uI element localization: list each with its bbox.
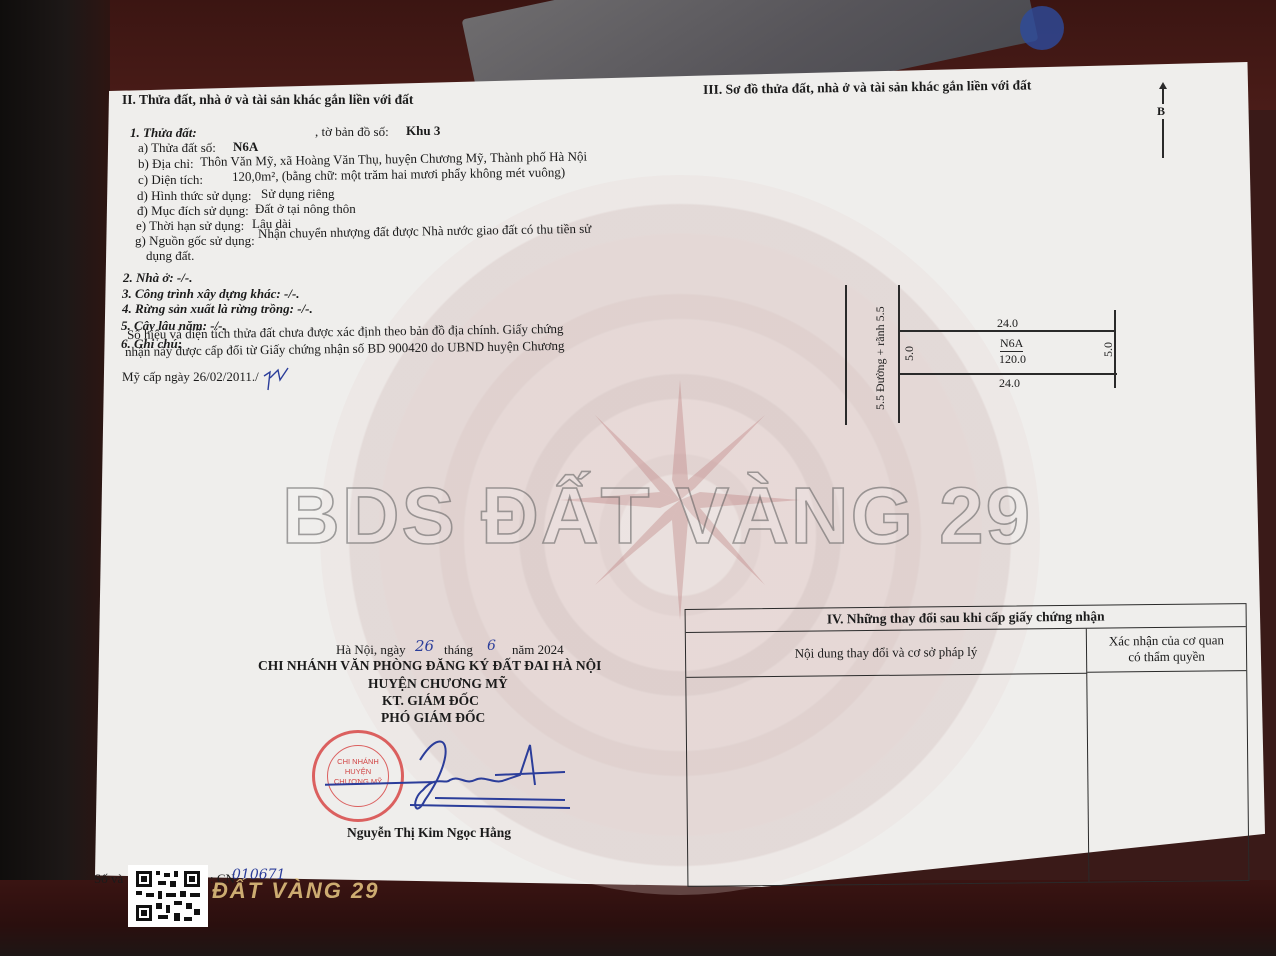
north-arrow-head-icon [1159, 82, 1167, 89]
office-line-1: CHI NHÁNH VĂN PHÒNG ĐĂNG KÝ ĐẤT ĐAI HÀ N… [258, 658, 601, 673]
house-item: 2. Nhà ở: -/-. [123, 270, 192, 285]
issue-day: 26 [415, 639, 434, 654]
usage-form-label: d) Hình thức sử dụng: [137, 188, 251, 203]
parcel-bottom-boundary [899, 373, 1117, 375]
road-edge-line [845, 285, 847, 425]
usage-purpose-label: đ) Mục đích sử dụng: [137, 203, 249, 218]
item1-label: 1. Thửa đất: [130, 125, 197, 140]
area-label: c) Diện tích: [138, 172, 203, 187]
year-label: năm 2024 [512, 642, 564, 657]
address-label: b) Địa chỉ: [138, 156, 194, 171]
left-width-label: 5.0 [902, 346, 917, 361]
watermark-text: BDS ĐẤT VÀNG 29 [282, 470, 1032, 562]
usage-form-value: Sử dụng riêng [261, 186, 335, 201]
parcel-id-label: N6A [1000, 336, 1023, 352]
office-line-2: HUYỆN CHƯƠNG MỸ [368, 676, 508, 691]
note-line-3: Mỹ cấp ngày 26/02/2011./ [122, 369, 259, 384]
issue-month: 6 [487, 639, 496, 654]
folder-seal-icon [1020, 6, 1064, 50]
changes-content-header: Nội dung thay đổi và cơ sở pháp lý [686, 629, 1087, 678]
parcel-area-label: 120.0 [999, 352, 1026, 367]
authority-confirmation-header: Xác nhận của cơ quan có thẩm quyền [1087, 627, 1246, 673]
north-arrow [1162, 84, 1164, 158]
other-construction-item: 3. Công trình xây dựng khác: -/-. [122, 286, 300, 301]
role-line-1: KT. GIÁM ĐỐC [382, 693, 479, 708]
month-label: tháng [444, 642, 473, 657]
date-prefix: Hà Nội, ngày [336, 642, 406, 657]
usage-origin-value-line2: dụng đất. [146, 248, 194, 263]
changes-content-cell [686, 674, 1089, 886]
corner-watermark: ĐẤT VÀNG 29 [212, 878, 379, 904]
qr-code-icon[interactable] [128, 865, 208, 927]
section-ii-title: II. Thửa đất, nhà ở và tài sản khác gắn … [122, 92, 413, 107]
changes-table: IV. Những thay đổi sau khi cấp giấy chứn… [685, 603, 1250, 887]
north-label: B [1157, 104, 1165, 119]
forest-item: 4. Rừng sản xuất là rừng trồng: -/-. [122, 301, 313, 316]
parcel-number-value: N6A [233, 139, 258, 154]
usage-origin-label: g) Nguồn gốc sử dụng: [135, 233, 255, 248]
role-line-2: PHÓ GIÁM ĐỐC [381, 710, 485, 725]
top-length-label: 24.0 [997, 316, 1018, 331]
bottom-length-label: 24.0 [999, 376, 1020, 391]
initials-mark-icon [262, 366, 302, 394]
desk-background-left [0, 0, 110, 956]
road-label: 5.5 Đường + rãnh 5.5 [873, 306, 888, 410]
entry-label: Số và [94, 871, 123, 886]
usage-term-label: e) Thời hạn sử dụng: [136, 218, 244, 233]
map-sheet-label: , tờ bản đồ số: [315, 124, 389, 139]
map-sheet-value: Khu 3 [406, 123, 440, 138]
usage-purpose-value: Đất ở tại nông thôn [255, 201, 356, 216]
signature-icon [325, 730, 575, 830]
right-width-label: 5.0 [1101, 342, 1116, 357]
signer-name: Nguyễn Thị Kim Ngọc Hằng [347, 825, 511, 840]
parcel-left-boundary [898, 285, 900, 423]
parcel-number-label: a) Thửa đất số: [138, 140, 216, 155]
